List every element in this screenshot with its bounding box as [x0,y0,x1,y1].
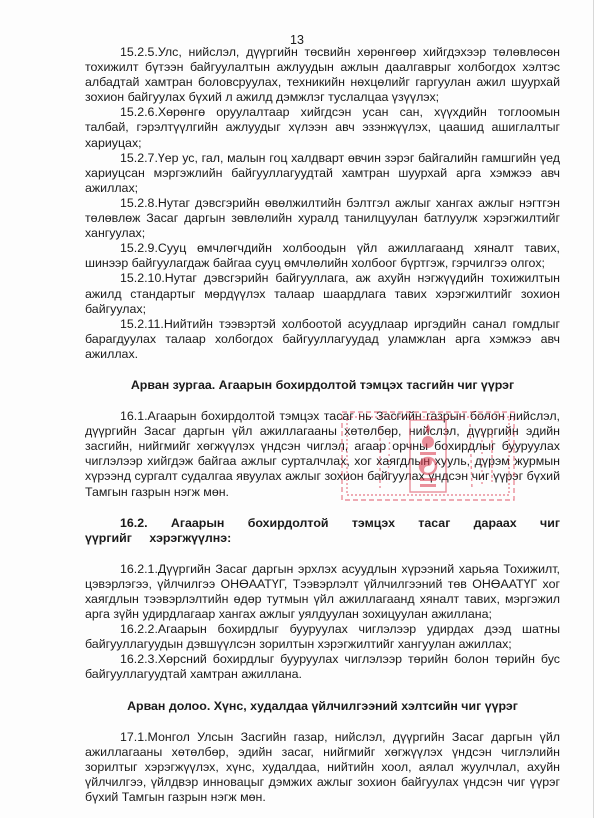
section-16-heading: Арван зургаа. Агаарын бохирдолтой тэмцэх… [85,378,560,393]
clause-16-2-1: 16.2.1.Дүүргийн Засаг даргын эрхлэх асуу… [85,562,560,622]
clause-15-2-8: 15.2.8.Нутаг дэвсгэрийн өвөлжилтийн бэлт… [85,196,560,241]
spacer [85,362,560,378]
document-body: 15.2.5.Улс, нийслэл, дүүргийн төсвийн хө… [85,45,560,805]
section-17-heading: Арван долоо. Хүнс, худалдаа үйлчилгээний… [85,699,560,714]
clause-15-2-5: 15.2.5.Улс, нийслэл, дүүргийн төсвийн хө… [85,45,560,105]
spacer [85,393,560,409]
clause-15-2-7: 15.2.7.Үер ус, гал, малын гоц халдварт ө… [85,151,560,196]
clause-16-2-2: 16.2.2.Агаарын бохирдлыг бууруулах чиглэ… [85,622,560,652]
clause-15-2-6: 15.2.6.Хөрөнгө оруулалтаар хийгдсэн усан… [85,105,560,150]
spacer [85,500,560,516]
clause-15-2-10: 15.2.10.Нутаг дэвсгэрийн байгууллага, аж… [85,271,560,316]
clause-16-1: 16.1.Агаарын бохирдолтой тэмцэх тасаг нь… [85,409,560,500]
document-page: 13 15.2.5.Улс, нийслэл, дүүргийн төсвийн… [0,0,594,818]
clause-17-1: 17.1.Монгол Улсын Засгийн газар, нийслэл… [85,730,560,805]
clause-15-2-11: 15.2.11.Нийтийн тээвэртэй холбоотой асуу… [85,317,560,362]
spacer [85,714,560,730]
clause-16-2-3: 16.2.3.Хөрсний бохирдлыг бууруулах чиглэ… [85,652,560,682]
clause-15-2-9: 15.2.9.Сууц өмчлөгчдийн холбоодын үйл аж… [85,241,560,271]
section-16-2-subheading: 16.2. Агаарын бохирдолтой тэмцэх тасаг д… [85,516,560,546]
spacer [85,546,560,562]
spacer [85,683,560,699]
